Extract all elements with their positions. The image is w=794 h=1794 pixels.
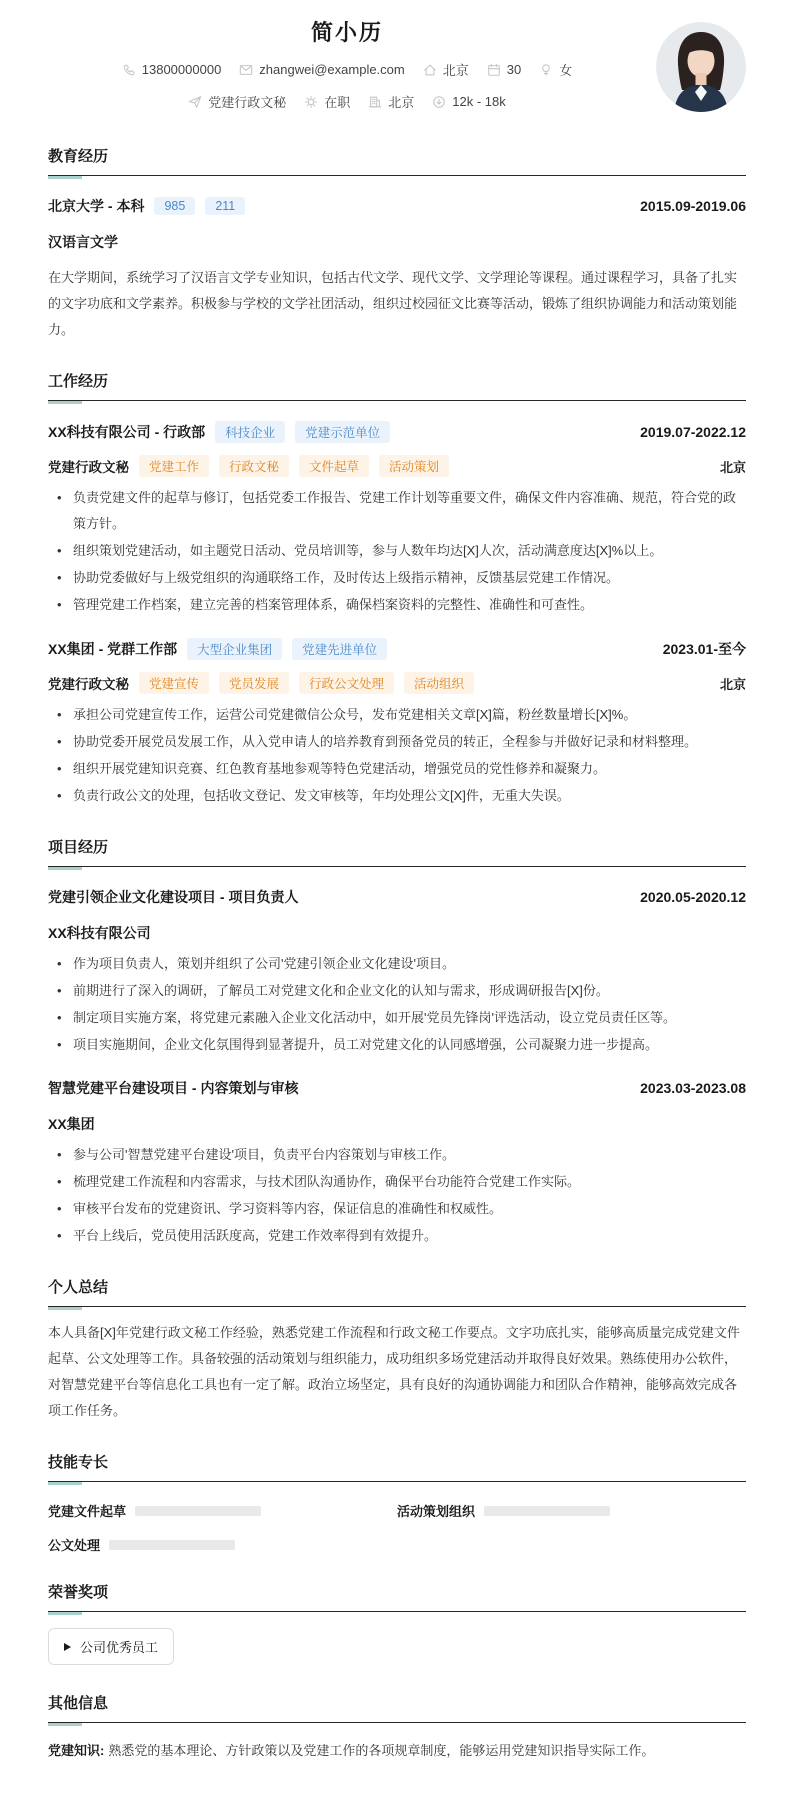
work-entry-left: XX科技有限公司 - 行政部 科技企业 党建示范单位 (48, 421, 390, 443)
contact-home-city: 北京 (423, 60, 469, 79)
section-projects-title: 项目经历 (48, 839, 108, 856)
section-honors-head: 荣誉奖项 (48, 1581, 746, 1612)
work-location: 北京 (720, 674, 746, 693)
company-badge: 党建示范单位 (295, 421, 390, 443)
work-tag: 党建工作 (139, 455, 209, 477)
contact-salary: 12k - 18k (432, 94, 505, 109)
skill-name: 公文处理 (48, 1535, 100, 1554)
contact-row-2: 党建行政文秘 在职 北京 12k - 18k (48, 92, 646, 111)
work-entry-row: XX科技有限公司 - 行政部 科技企业 党建示范单位 2019.07-2022.… (48, 421, 746, 443)
section-other-head: 其他信息 (48, 1692, 746, 1723)
section-skills-title: 技能专长 (48, 1454, 108, 1471)
project-entry-1: 党建引领企业文化建设项目 - 项目负责人 2020.05-2020.12 XX科… (48, 887, 746, 1058)
other-info-line: 党建知识:熟悉党的基本理论、方针政策以及党建工作的各项规章制度，能够运用党建知识… (48, 1738, 746, 1764)
education-description: 在大学期间，系统学习了汉语言文学专业知识，包括古代文学、现代文学、文学理论等课程… (48, 265, 746, 343)
project-bullets: 参与公司'智慧党建平台建设'项目，负责平台内容策划与审核工作。 梳理党建工作流程… (48, 1142, 746, 1249)
project-title: 党建引领企业文化建设项目 - 项目负责人 (48, 887, 298, 907)
company-badge: 大型企业集团 (187, 638, 282, 660)
contact-age-value: 30 (507, 62, 521, 77)
work-entry-1: XX科技有限公司 - 行政部 科技企业 党建示范单位 2019.07-2022.… (48, 421, 746, 618)
work-bullet: 组织策划党建活动，如主题党日活动、党员培训等，参与人数年均达[X]人次，活动满意… (48, 538, 746, 564)
project-entry-2: 智慧党建平台建设项目 - 内容策划与审核 2023.03-2023.08 XX集… (48, 1078, 746, 1249)
education-major: 汉语言文学 (48, 232, 746, 252)
phone-icon (122, 63, 136, 77)
status-icon (304, 95, 318, 109)
work-entry-2: XX集团 - 党群工作部 大型企业集团 党建先进单位 2023.01-至今 党建… (48, 638, 746, 809)
section-projects-head: 项目经历 (48, 836, 746, 867)
section-projects: 项目经历 党建引领企业文化建设项目 - 项目负责人 2020.05-2020.1… (48, 836, 746, 1249)
gender-icon (539, 63, 553, 77)
contact-salary-value: 12k - 18k (452, 94, 505, 109)
expand-arrow-icon (64, 1643, 71, 1651)
skill-name: 活动策划组织 (397, 1501, 475, 1520)
project-company: XX科技有限公司 (48, 923, 746, 943)
work-bullet: 协助党委开展党员发展工作，从入党申请人的培养教育到预备党员的转正，全程参与并做好… (48, 729, 746, 755)
skill-item: 公文处理 (48, 1535, 397, 1554)
mail-icon (239, 63, 253, 77)
position-icon (188, 95, 202, 109)
skill-bar (484, 1506, 610, 1516)
section-skills-head: 技能专长 (48, 1451, 746, 1482)
work-role-row: 党建行政文秘 党建工作 行政文秘 文件起草 活动策划 北京 (48, 455, 746, 477)
work-date: 2019.07-2022.12 (640, 424, 746, 440)
contact-work-city-value: 北京 (388, 92, 414, 111)
contact-row-1: 13800000000 zhangwei@example.com 北京 30 女 (48, 60, 646, 79)
section-work: 工作经历 XX科技有限公司 - 行政部 科技企业 党建示范单位 2019.07-… (48, 370, 746, 809)
section-work-head: 工作经历 (48, 370, 746, 401)
project-bullet: 平台上线后，党员使用活跃度高，党建工作效率得到有效提升。 (48, 1223, 746, 1249)
honor-label: 公司优秀员工 (80, 1637, 158, 1656)
work-bullet: 负责行政公文的处理，包括收文登记、发文审核等，年均处理公文[X]件，无重大失误。 (48, 783, 746, 809)
section-honors: 荣誉奖项 公司优秀员工 (48, 1581, 746, 1665)
work-role-left: 党建行政文秘 党建工作 行政文秘 文件起草 活动策划 (48, 455, 449, 477)
work-bullets: 负责党建文件的起草与修订，包括党委工作报告、党建工作计划等重要文件，确保文件内容… (48, 485, 746, 618)
work-company: XX科技有限公司 - 行政部 (48, 422, 205, 442)
section-education-head: 教育经历 (48, 145, 746, 176)
contact-phone-value: 13800000000 (142, 62, 222, 77)
contact-email-value: zhangwei@example.com (259, 62, 404, 77)
project-date: 2020.05-2020.12 (640, 889, 746, 905)
section-other: 其他信息 党建知识:熟悉党的基本理论、方针政策以及党建工作的各项规章制度，能够运… (48, 1692, 746, 1764)
project-entry-row: 党建引领企业文化建设项目 - 项目负责人 2020.05-2020.12 (48, 887, 746, 907)
project-bullet: 作为项目负责人，策划并组织了公司'党建引领企业文化建设'项目。 (48, 951, 746, 977)
company-badge: 科技企业 (215, 421, 285, 443)
project-bullet: 审核平台发布的党建资讯、学习资料等内容，保证信息的准确性和权威性。 (48, 1196, 746, 1222)
contact-position-value: 党建行政文秘 (208, 92, 286, 111)
skill-item: 党建文件起草 (48, 1501, 397, 1520)
section-summary: 个人总结 本人具备[X]年党建行政文秘工作经验，熟悉党建工作流程和行政文秘工作要… (48, 1276, 746, 1424)
work-company: XX集团 - 党群工作部 (48, 639, 177, 659)
contact-position: 党建行政文秘 (188, 92, 286, 111)
work-entry-row: XX集团 - 党群工作部 大型企业集团 党建先进单位 2023.01-至今 (48, 638, 746, 660)
work-role: 党建行政文秘 (48, 456, 129, 476)
contact-status: 在职 (304, 92, 350, 111)
company-badge: 党建先进单位 (292, 638, 387, 660)
other-info-label: 党建知识: (48, 1743, 104, 1758)
resume-header: 简小历 13800000000 zhangwei@example.com 北京 … (48, 0, 746, 118)
education-school: 北京大学 - 本科 (48, 196, 144, 216)
skill-item: 活动策划组织 (397, 1501, 746, 1520)
work-role-left: 党建行政文秘 党建宣传 党员发展 行政公文处理 活动组织 (48, 672, 474, 694)
education-badge-211: 211 (205, 197, 245, 215)
section-education-title: 教育经历 (48, 148, 108, 165)
salary-icon (432, 95, 446, 109)
work-bullet: 承担公司党建宣传工作，运营公司党建微信公众号，发布党建相关文章[X]篇，粉丝数量… (48, 702, 746, 728)
contact-home-city-value: 北京 (443, 60, 469, 79)
work-entry-left: XX集团 - 党群工作部 大型企业集团 党建先进单位 (48, 638, 387, 660)
work-tag: 活动策划 (379, 455, 449, 477)
contact-gender: 女 (539, 60, 572, 79)
contact-work-city: 北京 (368, 92, 414, 111)
section-other-title: 其他信息 (48, 1695, 108, 1712)
education-entry-row: 北京大学 - 本科 985 211 2015.09-2019.06 (48, 196, 746, 216)
project-bullets: 作为项目负责人，策划并组织了公司'党建引领企业文化建设'项目。 前期进行了深入的… (48, 951, 746, 1058)
work-bullets: 承担公司党建宣传工作，运营公司党建微信公众号，发布党建相关文章[X]篇，粉丝数量… (48, 702, 746, 809)
education-badge-985: 985 (154, 197, 195, 215)
project-bullet: 梳理党建工作流程和内容需求，与技术团队沟通协作，确保平台功能符合党建工作实际。 (48, 1169, 746, 1195)
work-role: 党建行政文秘 (48, 673, 129, 693)
resume-page: 简小历 13800000000 zhangwei@example.com 北京 … (0, 0, 794, 1794)
candidate-name: 简小历 (48, 16, 646, 47)
education-date: 2015.09-2019.06 (640, 198, 746, 214)
project-bullet: 项目实施期间，企业文化氛围得到显著提升，员工对党建文化的认同感增强，公司凝聚力进… (48, 1032, 746, 1058)
section-education: 教育经历 北京大学 - 本科 985 211 2015.09-2019.06 汉… (48, 145, 746, 343)
contact-status-value: 在职 (324, 92, 350, 111)
work-date: 2023.01-至今 (663, 639, 746, 659)
skills-grid: 党建文件起草 活动策划组织 公文处理 (48, 1501, 746, 1554)
education-entry-left: 北京大学 - 本科 985 211 (48, 196, 245, 216)
contact-phone: 13800000000 (122, 62, 222, 77)
building-icon (368, 95, 382, 109)
work-bullet: 组织开展党建知识竞赛、红色教育基地参观等特色党建活动，增强党员的党性修养和凝聚力… (48, 756, 746, 782)
section-skills: 技能专长 党建文件起草 活动策划组织 公文处理 (48, 1451, 746, 1554)
project-bullet: 参与公司'智慧党建平台建设'项目，负责平台内容策划与审核工作。 (48, 1142, 746, 1168)
contact-gender-value: 女 (559, 60, 572, 79)
section-work-title: 工作经历 (48, 373, 108, 390)
work-role-row: 党建行政文秘 党建宣传 党员发展 行政公文处理 活动组织 北京 (48, 672, 746, 694)
section-summary-title: 个人总结 (48, 1279, 108, 1296)
project-entry-row: 智慧党建平台建设项目 - 内容策划与审核 2023.03-2023.08 (48, 1078, 746, 1098)
work-bullet: 负责党建文件的起草与修订，包括党委工作报告、党建工作计划等重要文件，确保文件内容… (48, 485, 746, 537)
project-company: XX集团 (48, 1114, 746, 1134)
project-date: 2023.03-2023.08 (640, 1080, 746, 1096)
summary-text: 本人具备[X]年党建行政文秘工作经验，熟悉党建工作流程和行政文秘工作要点。文字功… (48, 1320, 746, 1424)
work-tag: 文件起草 (299, 455, 369, 477)
work-bullet: 协助党委做好与上级党组织的沟通联络工作，及时传达上级指示精神，反馈基层党建工作情… (48, 565, 746, 591)
work-tag: 活动组织 (404, 672, 474, 694)
skill-bar (109, 1540, 235, 1550)
contact-age: 30 (487, 62, 521, 77)
skill-bar (135, 1506, 261, 1516)
section-honors-title: 荣誉奖项 (48, 1584, 108, 1601)
section-summary-head: 个人总结 (48, 1276, 746, 1307)
other-info-text: 熟悉党的基本理论、方针政策以及党建工作的各项规章制度，能够运用党建知识指导实际工… (108, 1743, 654, 1758)
work-tag: 行政公文处理 (299, 672, 394, 694)
profile-photo (656, 22, 746, 112)
honor-chip[interactable]: 公司优秀员工 (48, 1628, 174, 1665)
home-icon (423, 63, 437, 77)
header-text-block: 简小历 13800000000 zhangwei@example.com 北京 … (48, 16, 646, 111)
work-bullet: 管理党建工作档案，建立完善的档案管理体系，确保档案资料的完整性、准确性和可查性。 (48, 592, 746, 618)
work-location: 北京 (720, 457, 746, 476)
contact-email: zhangwei@example.com (239, 62, 404, 77)
project-bullet: 制定项目实施方案，将党建元素融入企业文化活动中，如开展'党员先锋岗'评选活动，设… (48, 1005, 746, 1031)
work-tag: 行政文秘 (219, 455, 289, 477)
work-tag: 党建宣传 (139, 672, 209, 694)
project-bullet: 前期进行了深入的调研，了解员工对党建文化和企业文化的认知与需求，形成调研报告[X… (48, 978, 746, 1004)
work-tag: 党员发展 (219, 672, 289, 694)
age-icon (487, 63, 501, 77)
project-title: 智慧党建平台建设项目 - 内容策划与审核 (48, 1078, 298, 1098)
skill-name: 党建文件起草 (48, 1501, 126, 1520)
